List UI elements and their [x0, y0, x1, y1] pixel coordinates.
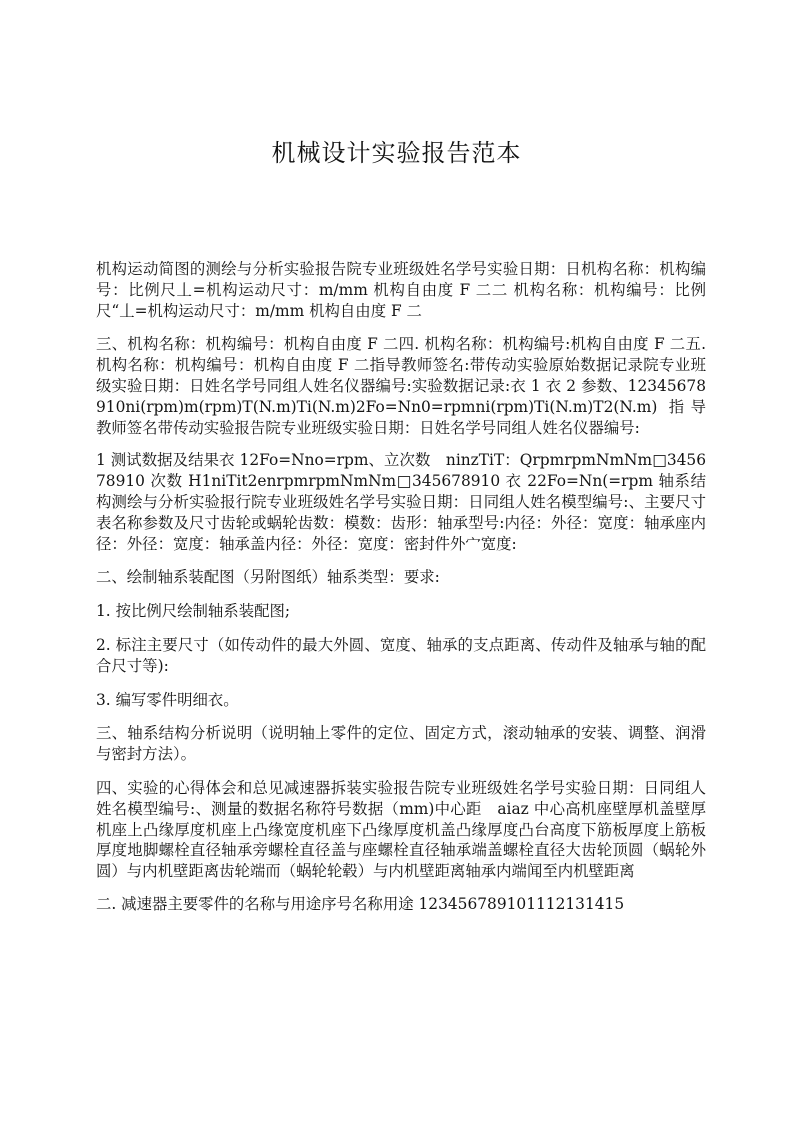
- paragraph-shaft-analysis: 三、轴系结构分析说明（说明轴上零件的定位、固定方式，滚动轴承的安装、调整、润滑与…: [96, 723, 706, 765]
- paragraph-reducer-parts: 二. 减速器主要零件的名称与用途序号名称用途 12345678910111213…: [96, 894, 706, 915]
- paragraph-test-results-shaft: 1 测试数据及结果衣 12Fo=Nno=rpm、立次数 ninzTiT：Qrpm…: [96, 450, 706, 554]
- paragraph-assembly-drawing: 二、绘制轴系装配图（另附图纸）轴系类型：要求:: [96, 567, 706, 588]
- paragraph-reducer-report: 四、实验的心得体会和总见减速器拆装实验报告院专业班级姓名学号实验日期：日同组人姓…: [96, 778, 706, 882]
- document-title: 机械设计实验报告范本: [0, 137, 793, 169]
- list-item-3: 3. 编写零件明细衣。: [96, 690, 706, 711]
- paragraph-mechanism-diagram: 机构运动简图的测绘与分析实验报告院专业班级姓名学号实验日期：日机构名称：机构编号…: [96, 259, 706, 321]
- document-page: 机械设计实验报告范本 机构运动简图的测绘与分析实验报告院专业班级姓名学号实验日期…: [0, 0, 793, 1122]
- list-item-1: 1. 按比例尺绘制轴系装配图;: [96, 601, 706, 622]
- list-item-2: 2. 标注主要尺寸（如传动件的最大外圆、宽度、轴承的支点距离、传动件及轴承与轴的…: [96, 635, 706, 677]
- document-body: 机构运动简图的测绘与分析实验报告院专业班级姓名学号实验日期：日机构名称：机构编号…: [96, 259, 706, 915]
- paragraph-belt-drive-data: 三、机构名称：机构编号：机构自由度 F 二四. 机构名称：机构编号:机构自由度 …: [96, 334, 706, 438]
